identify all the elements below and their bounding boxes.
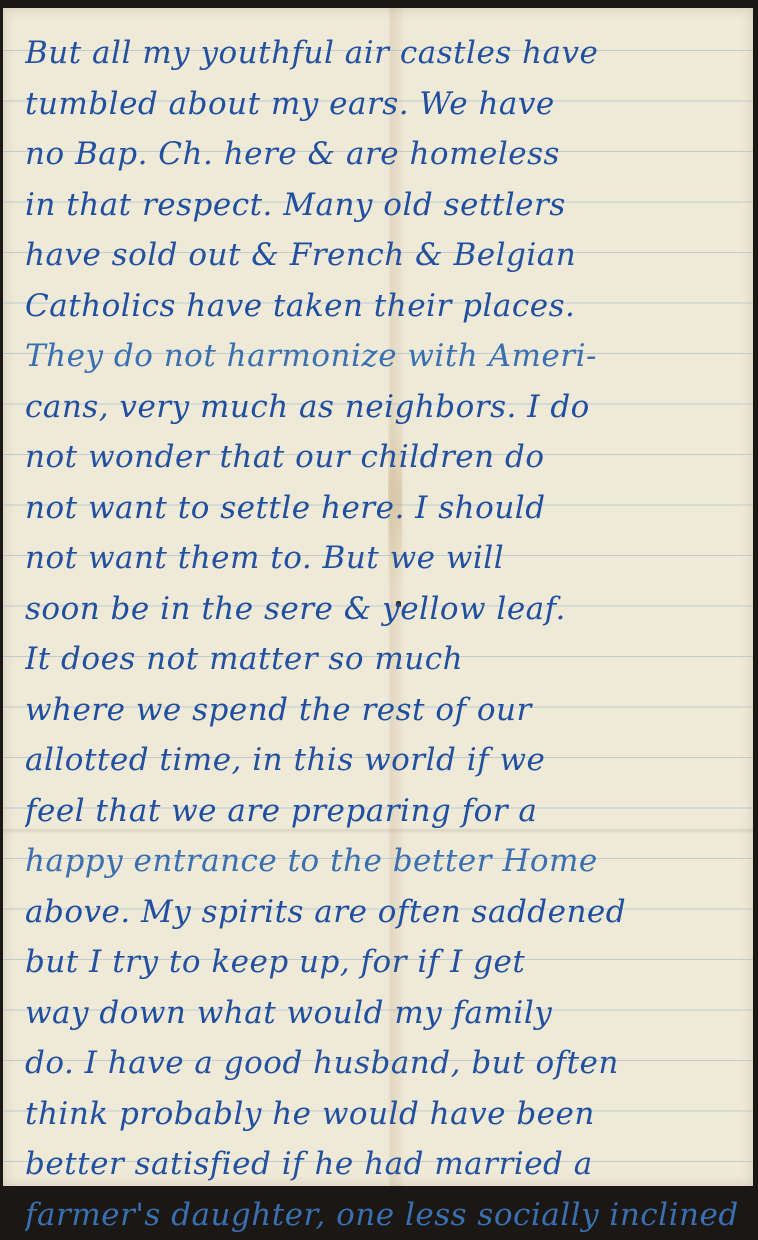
text-line: better satisfied if he had married a <box>25 1139 739 1190</box>
text-line: think probably he would have been <box>25 1089 739 1140</box>
text-line: way down what would my family <box>25 988 739 1039</box>
letter-page: But all my youthful air castles have tum… <box>3 8 753 1186</box>
text-line: feel that we are preparing for a <box>25 786 739 837</box>
text-line: no Bap. Ch. here & are homeless <box>25 129 739 180</box>
text-line: in that respect. Many old settlers <box>25 180 739 231</box>
text-line: do. I have a good husband, but often <box>25 1038 739 1089</box>
text-line: They do not harmonize with Ameri- <box>25 331 739 382</box>
text-line: but I try to keep up, for if I get <box>25 937 739 988</box>
text-line: happy entrance to the better Home <box>25 836 739 887</box>
text-line: tumbled about my ears. We have <box>25 79 739 130</box>
text-line: above. My spirits are often saddened <box>25 887 739 938</box>
text-line: cans, very much as neighbors. I do <box>25 382 739 433</box>
text-line: It does not matter so much <box>25 634 739 685</box>
text-line: But all my youthful air castles have <box>25 28 739 79</box>
text-line: Catholics have taken their places. <box>25 281 739 332</box>
text-line: have sold out & French & Belgian <box>25 230 739 281</box>
text-line: where we spend the rest of our <box>25 685 739 736</box>
text-line: allotted time, in this world if we <box>25 735 739 786</box>
text-line: not want to settle here. I should <box>25 483 739 534</box>
text-line: not wonder that our children do <box>25 432 739 483</box>
text-line: soon be in the sere & yellow leaf. <box>25 584 739 635</box>
text-line: not want them to. But we will <box>25 533 739 584</box>
handwritten-text: But all my youthful air castles have tum… <box>25 28 739 1191</box>
